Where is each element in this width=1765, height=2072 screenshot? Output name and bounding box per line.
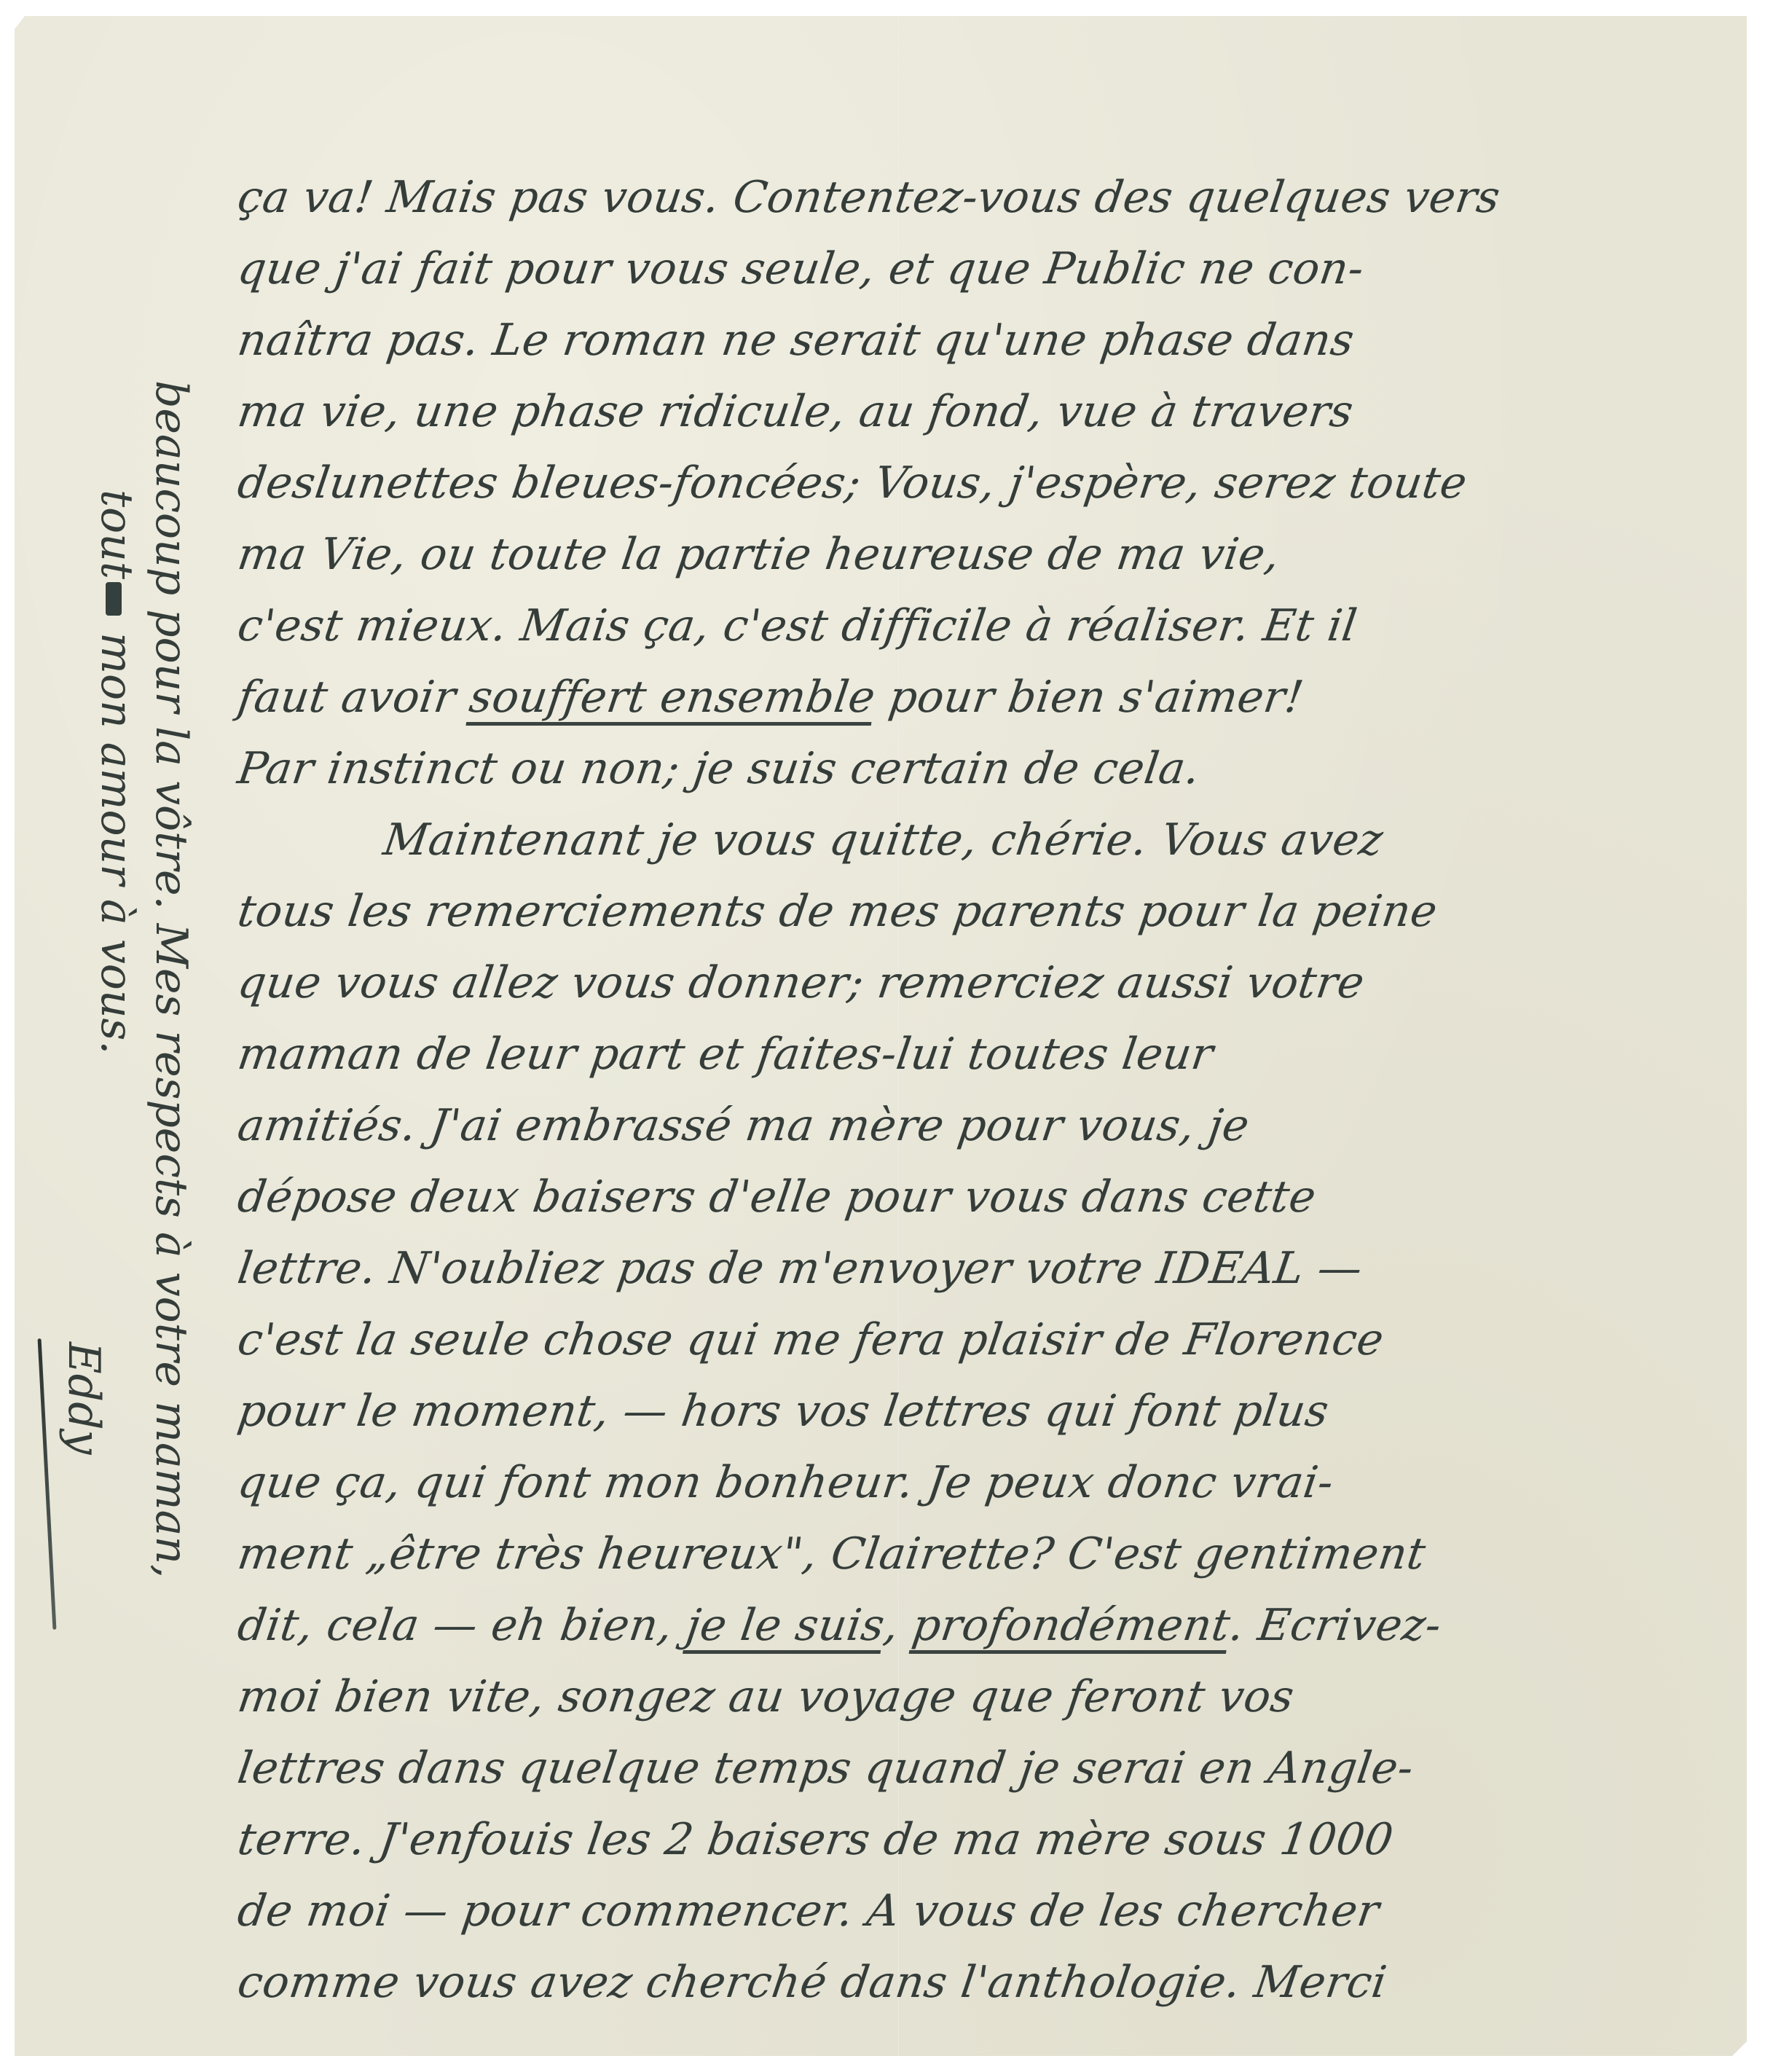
letter-line: amitiés. J'ai embrassé ma mère pour vous… — [233, 1090, 1765, 1161]
underlined-phrase: souffert ensemble — [466, 672, 878, 723]
letter-line: Par instinct ou non; je suis certain de … — [233, 733, 1765, 804]
letter-line: dépose deux baisers d'elle pour vous dan… — [233, 1161, 1765, 1233]
margin-note-line-2: tout mon amour à vous. — [91, 490, 142, 1054]
letter-line: naîtra pas. Le roman ne serait qu'une ph… — [233, 305, 1765, 376]
underlined-phrase: profondément — [909, 1600, 1233, 1651]
signature-underline — [38, 1338, 57, 1630]
paragraph-start-line: Maintenant je vous quitte, chérie. Vous … — [233, 804, 1765, 876]
letter-line: de moi — pour commencer. A vous de les c… — [233, 1875, 1765, 1947]
letter-line: ma Vie, ou toute la partie heureuse de m… — [233, 519, 1765, 590]
letter-line: ment „être très heureux", Clairette? C'e… — [233, 1518, 1765, 1590]
letter-line: lettres dans quelque temps quand je sera… — [233, 1732, 1765, 1804]
letter-line: que vous allez vous donner; remerciez au… — [233, 947, 1765, 1019]
letter-line: que j'ai fait pour vous seule, et que Pu… — [233, 233, 1765, 305]
letter-line: que ça, qui font mon bonheur. Je peux do… — [233, 1447, 1765, 1518]
letter-line: terre. J'enfouis les 2 baisers de ma mèr… — [233, 1804, 1765, 1875]
letter-line: pour le moment, — hors vos lettres qui f… — [233, 1376, 1765, 1447]
margin-text: tout — [91, 490, 142, 579]
signature: Eddy — [58, 1342, 109, 1455]
letter-body: ça va! Mais pas vous. Contentez-vous des… — [233, 162, 1756, 2018]
letter-line: deslunettes bleues-foncées; Vous, j'espè… — [233, 447, 1765, 519]
letter-line: c'est la seule chose qui me fera plaisir… — [233, 1304, 1765, 1376]
letter-line: dit, cela — eh bien, je le suis, profond… — [233, 1590, 1765, 1661]
underlined-phrase: je le suis — [683, 1600, 888, 1651]
letter-line: maman de leur part et faites-lui toutes … — [233, 1019, 1765, 1090]
letter-line: faut avoir souffert ensemble pour bien s… — [233, 662, 1765, 733]
letter-line: ma vie, une phase ridicule, au fond, vue… — [233, 376, 1765, 447]
letter-line: ça va! Mais pas vous. Contentez-vous des… — [233, 162, 1765, 233]
margin-note-line-1: beaucoup pour la vôtre. Mes respects à v… — [146, 380, 197, 1578]
letter-line: lettre. N'oubliez pas de m'envoyer votre… — [233, 1233, 1765, 1304]
line-text: faut avoir — [235, 672, 473, 723]
line-text: . Ecrivez- — [1226, 1600, 1444, 1651]
letter-line: moi bien vite, songez au voyage que fero… — [233, 1661, 1765, 1732]
letter-line: c'est mieux. Mais ça, c'est difficile à … — [233, 590, 1765, 662]
letter-page: ça va! Mais pas vous. Contentez-vous des… — [15, 16, 1747, 2056]
line-text: dit, cela — eh bien, — [235, 1600, 691, 1651]
margin-text: mon amour à vous. — [91, 619, 142, 1054]
letter-line: comme vous avez cherché dans l'anthologi… — [233, 1947, 1765, 2018]
line-text: pour bien s'aimer! — [871, 672, 1307, 723]
letter-line: tous les remerciements de mes parents po… — [233, 876, 1765, 947]
ink-scratch-out — [106, 582, 122, 616]
